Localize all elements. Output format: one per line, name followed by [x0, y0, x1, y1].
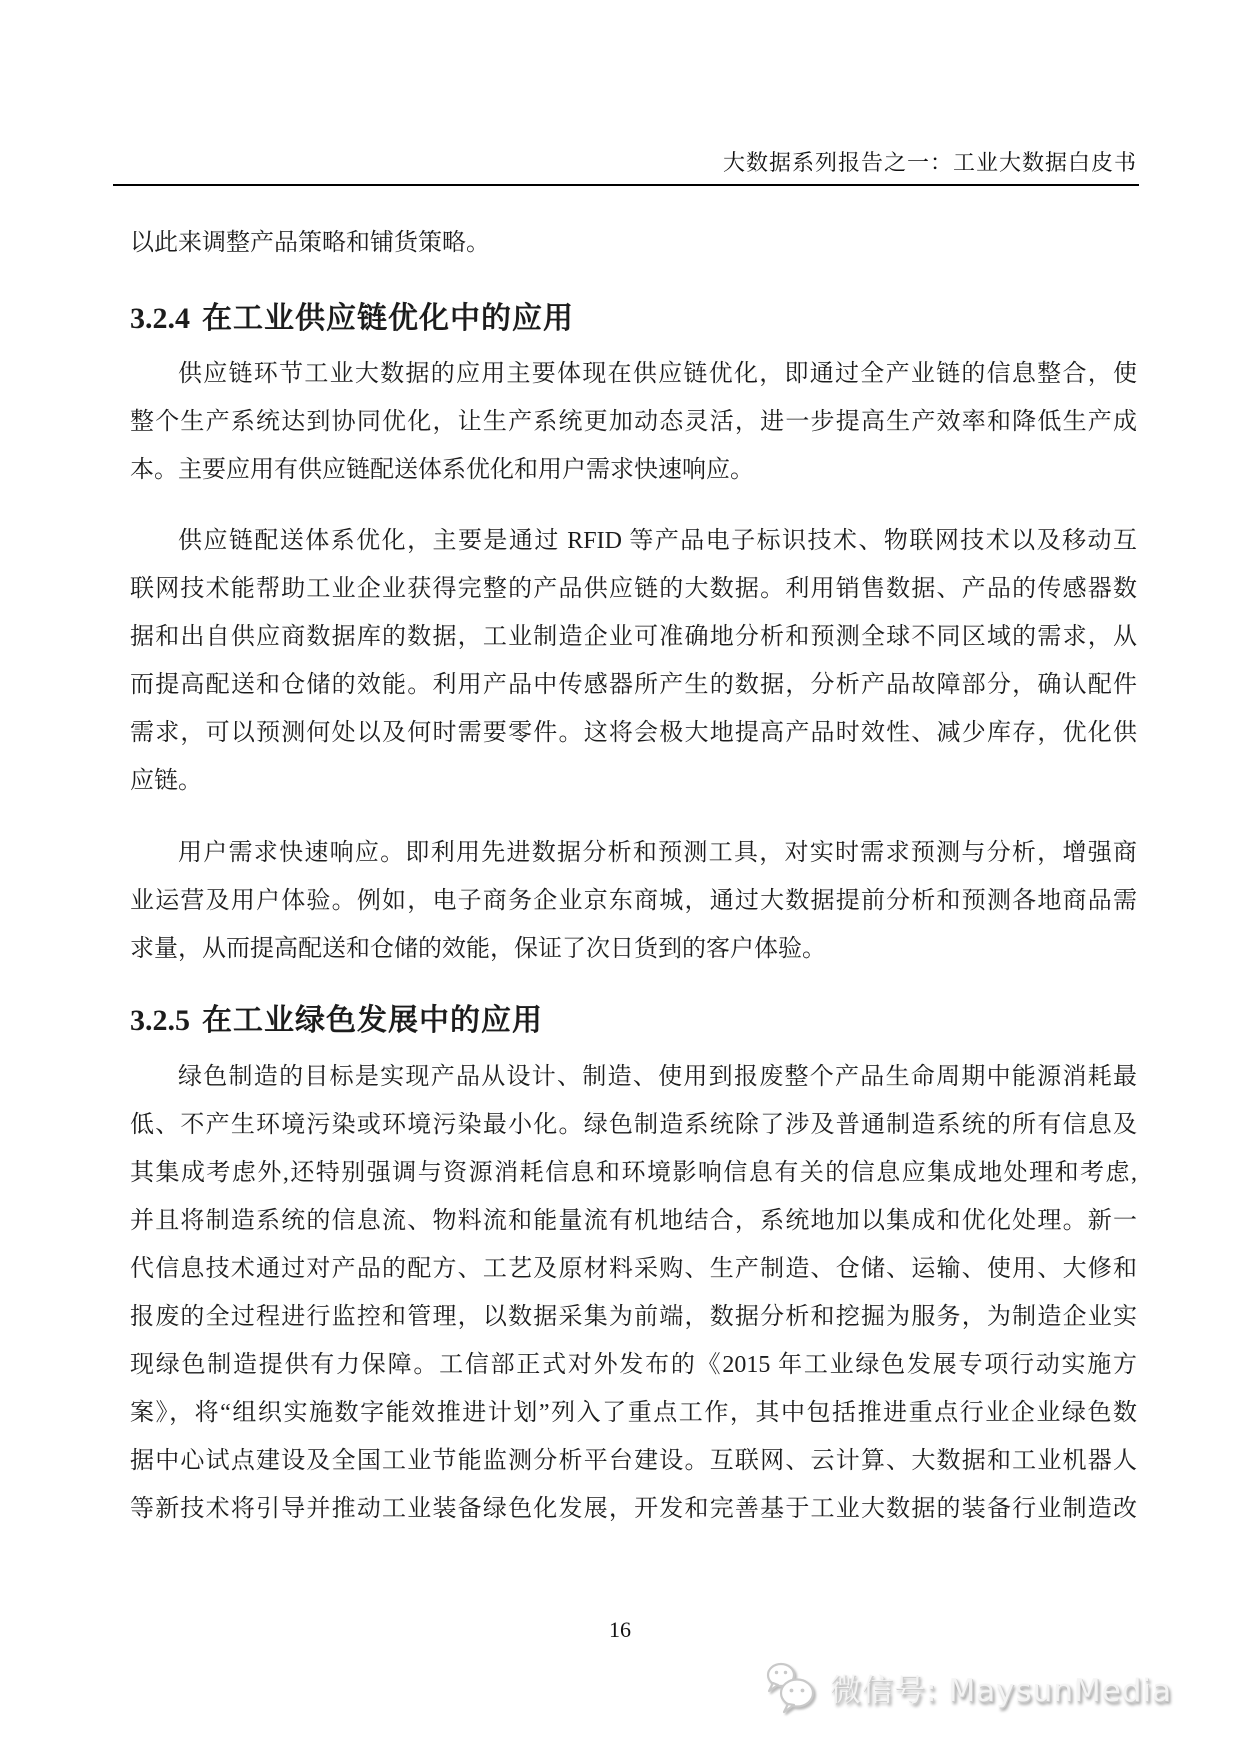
- header-divider: [113, 184, 1139, 186]
- text-line: 据和出自供应商数据库的数据，工业制造企业可准确地分析和预测全球不同区域的需求，从: [130, 613, 1137, 661]
- paragraph: 供应链配送体系优化，主要是通过 RFID 等产品电子标识技术、物联网技术以及移动…: [130, 517, 1137, 805]
- section-number: 3.2.5: [130, 1004, 190, 1037]
- section-title: 在工业供应链优化中的应用: [202, 302, 574, 335]
- text-line: 供应链环节工业大数据的应用主要体现在供应链优化，即通过全产业链的信息整合，使: [130, 350, 1137, 398]
- text-line: 而提高配送和仓储的效能。利用产品中传感器所产生的数据，分析产品故障部分，确认配件: [130, 661, 1137, 709]
- text-line: 以此来调整产品策略和铺货策略。: [130, 219, 1137, 267]
- watermark-label: 微信号: MaysunMedia: [830, 1663, 1172, 1719]
- text-line: 绿色制造的目标是实现产品从设计、制造、使用到报废整个产品生命周期中能源消耗最: [130, 1053, 1137, 1101]
- wechat-icon: [764, 1660, 820, 1721]
- text-line: 代信息技术通过对产品的配方、工艺及原材料采购、生产制造、仓储、运输、使用、大修和: [130, 1245, 1137, 1293]
- text-line: 低、不产生环境污染或环境污染最小化。绿色制造系统除了涉及普通制造系统的所有信息及: [130, 1101, 1137, 1149]
- wechat-watermark: 微信号: MaysunMedia: [764, 1660, 1172, 1721]
- text-line: 业运营及用户体验。例如，电子商务企业京东商城，通过大数据提前分析和预测各地商品需: [130, 877, 1137, 925]
- text-line: 并且将制造系统的信息流、物料流和能量流有机地结合，系统地加以集成和优化处理。新一: [130, 1197, 1137, 1245]
- text-line: 现绿色制造提供有力保障。工信部正式对外发布的《2015 年工业绿色发展专项行动实…: [130, 1341, 1137, 1389]
- section-heading-325: 3.2.5在工业绿色发展中的应用: [130, 1000, 1137, 1042]
- text-line: 报废的全过程进行监控和管理，以数据采集为前端，数据分析和挖掘为服务，为制造企业实: [130, 1293, 1137, 1341]
- section-number: 3.2.4: [130, 302, 190, 335]
- paragraph: 供应链环节工业大数据的应用主要体现在供应链优化，即通过全产业链的信息整合，使 整…: [130, 350, 1137, 494]
- text-line: 等新技术将引导并推动工业装备绿色化发展，开发和完善基于工业大数据的装备行业制造改: [130, 1485, 1137, 1533]
- text-line: 整个生产系统达到协同优化，让生产系统更加动态灵活，进一步提高生产效率和降低生产成: [130, 398, 1137, 446]
- running-header-title: 大数据系列报告之一：工业大数据白皮书: [723, 148, 1137, 178]
- text-line: 用户需求快速响应。即利用先进数据分析和预测工具，对实时需求预测与分析，增强商: [130, 829, 1137, 877]
- text-line: 求量，从而提高配送和仓储的效能，保证了次日货到的客户体验。: [130, 925, 1137, 973]
- section-title: 在工业绿色发展中的应用: [202, 1004, 543, 1037]
- text-line: 应链。: [130, 757, 1137, 805]
- text-line: 供应链配送体系优化，主要是通过 RFID 等产品电子标识技术、物联网技术以及移动…: [130, 517, 1137, 565]
- section-heading-324: 3.2.4在工业供应链优化中的应用: [130, 298, 1137, 340]
- text-line: 据中心试点建设及全国工业节能监测分析平台建设。互联网、云计算、大数据和工业机器人: [130, 1437, 1137, 1485]
- text-line: 本。主要应用有供应链配送体系优化和用户需求快速响应。: [130, 446, 1137, 494]
- text-line: 联网技术能帮助工业企业获得完整的产品供应链的大数据。利用销售数据、产品的传感器数: [130, 565, 1137, 613]
- paragraph: 用户需求快速响应。即利用先进数据分析和预测工具，对实时需求预测与分析，增强商 业…: [130, 829, 1137, 973]
- text-line: 需求，可以预测何处以及何时需要零件。这将会极大地提高产品时效性、减少库存，优化供: [130, 709, 1137, 757]
- text-line: 案》，将“组织实施数字能效推进计划”列入了重点工作，其中包括推进重点行业企业绿色…: [130, 1389, 1137, 1437]
- continued-paragraph: 以此来调整产品策略和铺货策略。: [130, 219, 1137, 267]
- page-number: 16: [0, 1616, 1240, 1644]
- document-page: 大数据系列报告之一：工业大数据白皮书 以此来调整产品策略和铺货策略。 3.2.4…: [0, 0, 1240, 1754]
- paragraph: 绿色制造的目标是实现产品从设计、制造、使用到报废整个产品生命周期中能源消耗最 低…: [130, 1053, 1137, 1533]
- text-line: 其集成考虑外,还特别强调与资源消耗信息和环境影响信息有关的信息应集成地处理和考虑…: [130, 1149, 1137, 1197]
